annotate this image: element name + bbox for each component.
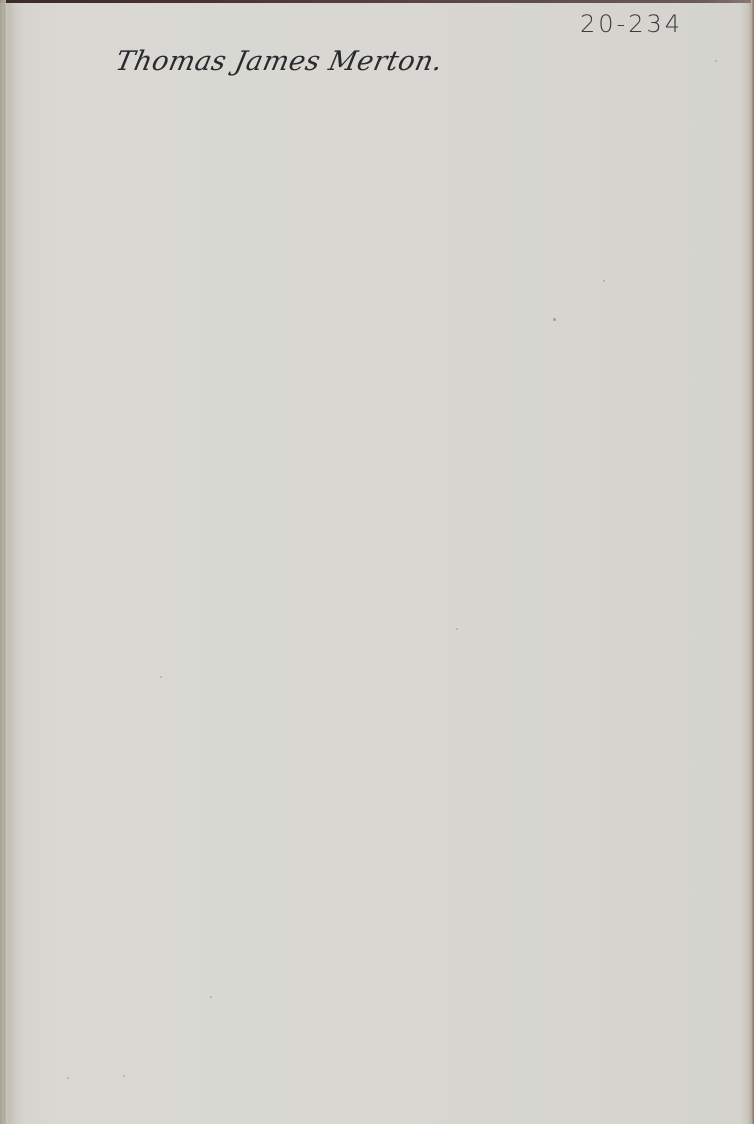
paper-speck bbox=[67, 1077, 69, 1079]
owner-signature: Thomas James Merton. bbox=[113, 46, 446, 77]
book-page: Thomas James Merton. 20-234 bbox=[0, 0, 754, 1124]
paper-speck bbox=[553, 318, 556, 321]
paper-speck bbox=[715, 60, 717, 62]
binding-gutter bbox=[0, 0, 6, 1124]
paper-speck bbox=[603, 280, 605, 282]
paper-speck bbox=[210, 996, 212, 998]
paper-speck bbox=[456, 628, 458, 630]
paper-speck bbox=[160, 676, 162, 678]
cover-top-edge bbox=[0, 0, 754, 3]
paper-speck bbox=[123, 1075, 125, 1077]
shelf-mark-number: 20-234 bbox=[580, 10, 683, 38]
gutter-fold-line bbox=[4, 0, 5, 1124]
paper-speck bbox=[147, 55, 149, 57]
